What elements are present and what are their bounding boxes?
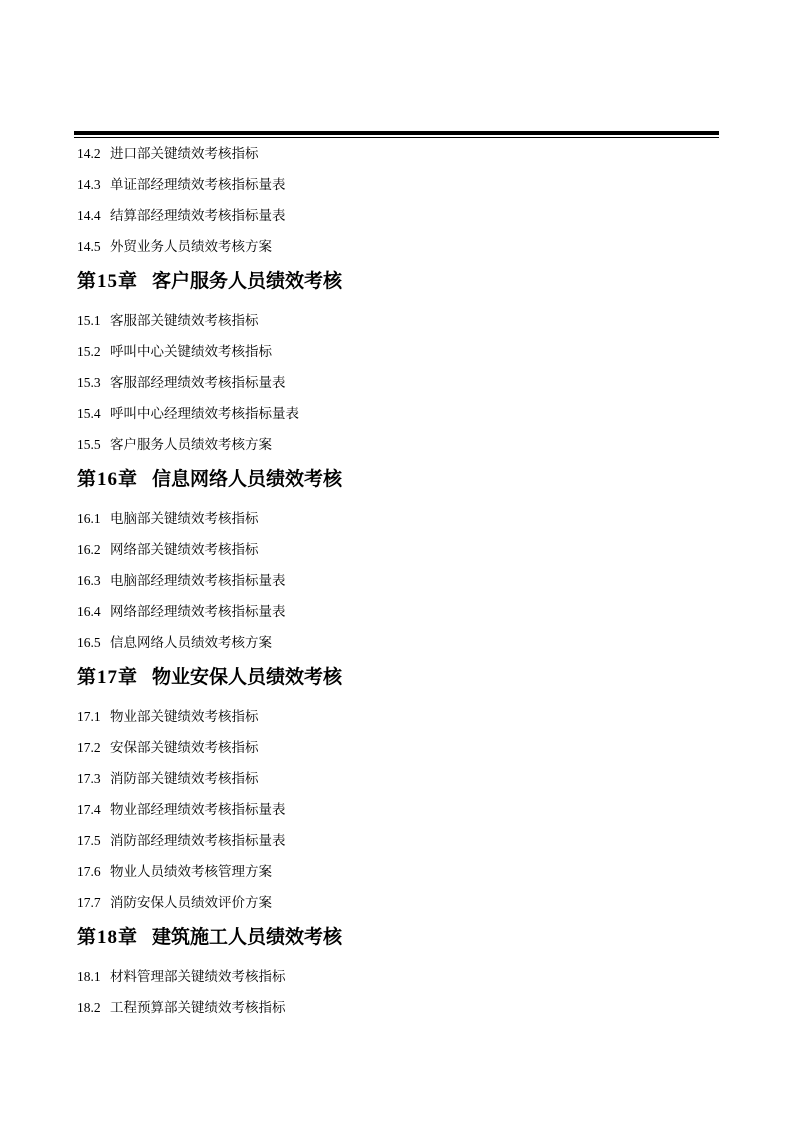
entry-number: 15.4 bbox=[77, 407, 110, 421]
chapter-heading: 第15章 客户服务人员绩效考核 bbox=[77, 262, 723, 301]
entry-number: 17.6 bbox=[77, 865, 110, 879]
entry-number: 16.5 bbox=[77, 636, 110, 650]
entry-title: 消防安保人员绩效评价方案 bbox=[110, 896, 272, 910]
toc-entry: 14.4 结算部经理绩效考核指标量表 bbox=[77, 200, 723, 231]
toc-entry: 16.3 电脑部经理绩效考核指标量表 bbox=[77, 565, 723, 596]
toc-entry: 15.1 客服部关键绩效考核指标 bbox=[77, 305, 723, 336]
toc-entry: 14.3 单证部经理绩效考核指标量表 bbox=[77, 169, 723, 200]
toc-content: 14.2 进口部关键绩效考核指标 14.3 单证部经理绩效考核指标量表 14.4… bbox=[77, 138, 723, 1023]
entry-number: 17.5 bbox=[77, 834, 110, 848]
toc-entry: 17.6 物业人员绩效考核管理方案 bbox=[77, 856, 723, 887]
toc-entry: 17.2 安保部关键绩效考核指标 bbox=[77, 732, 723, 763]
toc-entry: 16.4 网络部经理绩效考核指标量表 bbox=[77, 596, 723, 627]
entry-title: 信息网络人员绩效考核方案 bbox=[110, 636, 272, 650]
entry-title: 安保部关键绩效考核指标 bbox=[110, 741, 259, 755]
entry-title: 客户服务人员绩效考核方案 bbox=[110, 438, 272, 452]
entry-number: 14.5 bbox=[77, 240, 110, 254]
chapter-heading: 第17章 物业安保人员绩效考核 bbox=[77, 658, 723, 697]
toc-entry: 14.2 进口部关键绩效考核指标 bbox=[77, 138, 723, 169]
entry-number: 18.2 bbox=[77, 1001, 110, 1015]
chapter-title: 客户服务人员绩效考核 bbox=[152, 272, 342, 291]
chapter-heading: 第18章 建筑施工人员绩效考核 bbox=[77, 918, 723, 957]
chapter-label: 第15章 bbox=[77, 272, 138, 291]
entry-title: 电脑部关键绩效考核指标 bbox=[110, 512, 259, 526]
toc-entry: 15.5 客户服务人员绩效考核方案 bbox=[77, 429, 723, 460]
toc-entry: 18.2 工程预算部关键绩效考核指标 bbox=[77, 992, 723, 1023]
entry-title: 网络部关键绩效考核指标 bbox=[110, 543, 259, 557]
chapter-heading: 第16章 信息网络人员绩效考核 bbox=[77, 460, 723, 499]
toc-section-18: 第18章 建筑施工人员绩效考核 18.1 材料管理部关键绩效考核指标 18.2 … bbox=[77, 918, 723, 1023]
entry-number: 14.4 bbox=[77, 209, 110, 223]
entry-title: 呼叫中心关键绩效考核指标 bbox=[110, 345, 272, 359]
chapter-title: 物业安保人员绩效考核 bbox=[152, 668, 342, 687]
document-page: 14.2 进口部关键绩效考核指标 14.3 单证部经理绩效考核指标量表 14.4… bbox=[0, 0, 793, 1122]
entry-title: 物业部关键绩效考核指标 bbox=[110, 710, 259, 724]
entry-number: 15.3 bbox=[77, 376, 110, 390]
toc-section-14: 14.2 进口部关键绩效考核指标 14.3 单证部经理绩效考核指标量表 14.4… bbox=[77, 138, 723, 262]
toc-entry: 15.4 呼叫中心经理绩效考核指标量表 bbox=[77, 398, 723, 429]
entry-number: 14.2 bbox=[77, 147, 110, 161]
entry-number: 16.4 bbox=[77, 605, 110, 619]
entry-number: 15.1 bbox=[77, 314, 110, 328]
entry-number: 15.5 bbox=[77, 438, 110, 452]
chapter-title: 建筑施工人员绩效考核 bbox=[152, 928, 342, 947]
entry-title: 单证部经理绩效考核指标量表 bbox=[110, 178, 286, 192]
chapter-label: 第16章 bbox=[77, 470, 138, 489]
entry-number: 17.4 bbox=[77, 803, 110, 817]
entry-number: 17.7 bbox=[77, 896, 110, 910]
entry-number: 14.3 bbox=[77, 178, 110, 192]
entry-number: 16.3 bbox=[77, 574, 110, 588]
chapter-label: 第17章 bbox=[77, 668, 138, 687]
toc-entry: 17.1 物业部关键绩效考核指标 bbox=[77, 701, 723, 732]
toc-entry: 16.5 信息网络人员绩效考核方案 bbox=[77, 627, 723, 658]
entry-title: 材料管理部关键绩效考核指标 bbox=[110, 970, 286, 984]
entry-number: 17.3 bbox=[77, 772, 110, 786]
entry-number: 16.1 bbox=[77, 512, 110, 526]
toc-entry: 14.5 外贸业务人员绩效考核方案 bbox=[77, 231, 723, 262]
entry-title: 外贸业务人员绩效考核方案 bbox=[110, 240, 272, 254]
chapter-label: 第18章 bbox=[77, 928, 138, 947]
entry-title: 物业部经理绩效考核指标量表 bbox=[110, 803, 286, 817]
entry-number: 17.1 bbox=[77, 710, 110, 724]
entry-number: 15.2 bbox=[77, 345, 110, 359]
entry-title: 客服部关键绩效考核指标 bbox=[110, 314, 259, 328]
toc-entry: 18.1 材料管理部关键绩效考核指标 bbox=[77, 961, 723, 992]
toc-section-15: 第15章 客户服务人员绩效考核 15.1 客服部关键绩效考核指标 15.2 呼叫… bbox=[77, 262, 723, 460]
entry-title: 呼叫中心经理绩效考核指标量表 bbox=[110, 407, 299, 421]
chapter-title: 信息网络人员绩效考核 bbox=[152, 470, 342, 489]
entry-title: 物业人员绩效考核管理方案 bbox=[110, 865, 272, 879]
toc-entry: 17.7 消防安保人员绩效评价方案 bbox=[77, 887, 723, 918]
header-rule bbox=[74, 131, 719, 138]
entry-title: 进口部关键绩效考核指标 bbox=[110, 147, 259, 161]
toc-entry: 15.2 呼叫中心关键绩效考核指标 bbox=[77, 336, 723, 367]
toc-entry: 15.3 客服部经理绩效考核指标量表 bbox=[77, 367, 723, 398]
toc-entry: 16.2 网络部关键绩效考核指标 bbox=[77, 534, 723, 565]
entry-number: 18.1 bbox=[77, 970, 110, 984]
entry-title: 网络部经理绩效考核指标量表 bbox=[110, 605, 286, 619]
toc-section-16: 第16章 信息网络人员绩效考核 16.1 电脑部关键绩效考核指标 16.2 网络… bbox=[77, 460, 723, 658]
toc-section-17: 第17章 物业安保人员绩效考核 17.1 物业部关键绩效考核指标 17.2 安保… bbox=[77, 658, 723, 918]
toc-entry: 17.4 物业部经理绩效考核指标量表 bbox=[77, 794, 723, 825]
entry-title: 消防部关键绩效考核指标 bbox=[110, 772, 259, 786]
entry-number: 16.2 bbox=[77, 543, 110, 557]
entry-title: 工程预算部关键绩效考核指标 bbox=[110, 1001, 286, 1015]
entry-title: 客服部经理绩效考核指标量表 bbox=[110, 376, 286, 390]
toc-entry: 16.1 电脑部关键绩效考核指标 bbox=[77, 503, 723, 534]
entry-number: 17.2 bbox=[77, 741, 110, 755]
entry-title: 电脑部经理绩效考核指标量表 bbox=[110, 574, 286, 588]
toc-entry: 17.3 消防部关键绩效考核指标 bbox=[77, 763, 723, 794]
entry-title: 消防部经理绩效考核指标量表 bbox=[110, 834, 286, 848]
entry-title: 结算部经理绩效考核指标量表 bbox=[110, 209, 286, 223]
toc-entry: 17.5 消防部经理绩效考核指标量表 bbox=[77, 825, 723, 856]
